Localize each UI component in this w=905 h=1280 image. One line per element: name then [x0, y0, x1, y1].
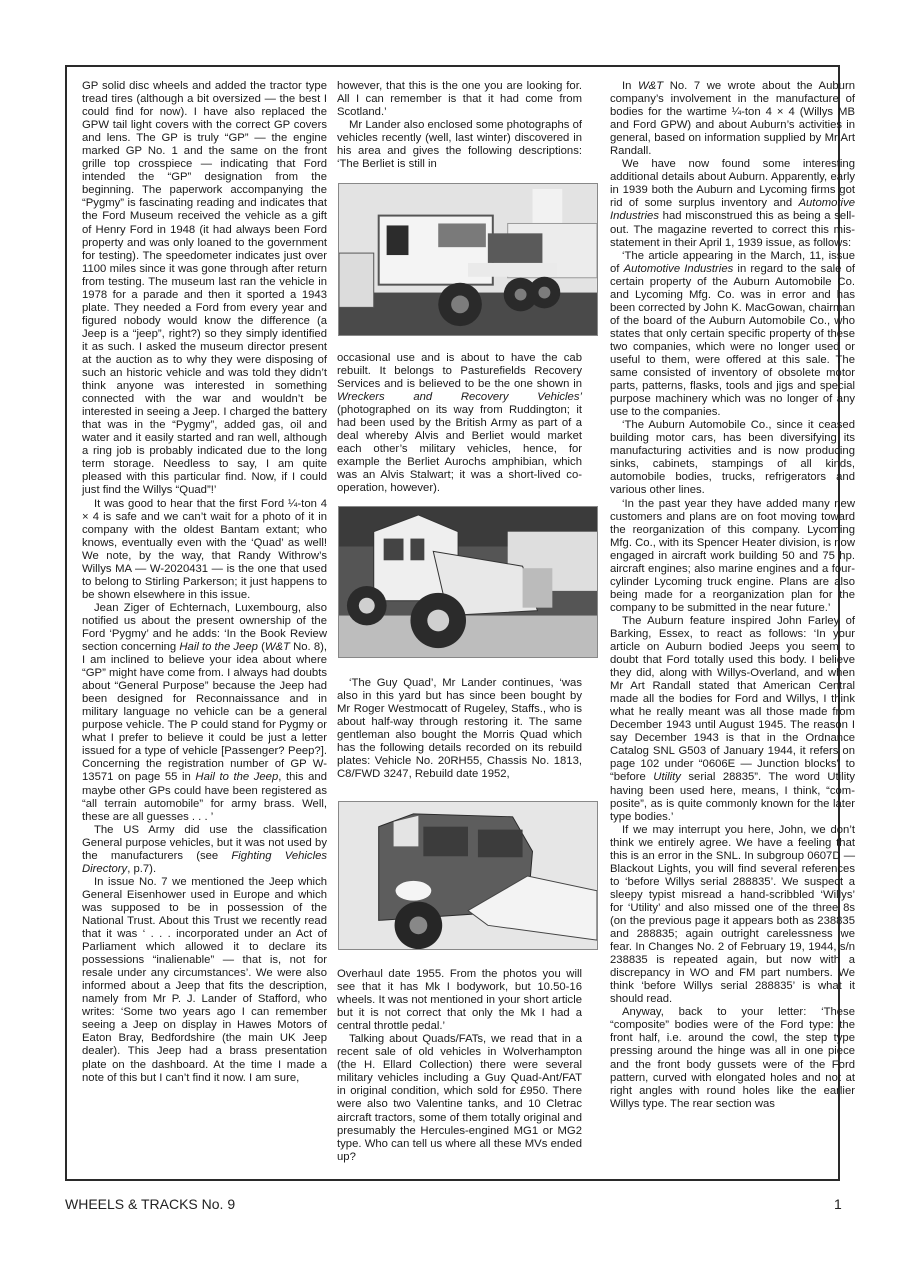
column-2-block-3: ‘The Guy Quad’, Mr Lander continues, ‘wa…	[337, 677, 582, 781]
column-2-block-2: occasional use and is about to have the …	[337, 352, 582, 496]
paragraph: ‘The Auburn Automobile Co., since it cea…	[610, 419, 855, 497]
paragraph: In issue No. 7 we mentioned the Jeep whi…	[82, 876, 327, 1085]
photo-berliet-truck	[338, 183, 598, 336]
paragraph: occasional use and is about to have the …	[337, 352, 582, 496]
photo-morris-quad	[338, 801, 598, 950]
paragraph: ‘The Guy Quad’, Mr Lander continues, ‘wa…	[337, 677, 582, 781]
paragraph: Talking about Quads/FATs, we read that i…	[337, 1033, 582, 1163]
paragraph: however, that this is the one you are lo…	[337, 80, 582, 119]
paragraph: Overhaul date 1955. From the photos you …	[337, 968, 582, 1033]
paragraph: If we may interrupt you here, John, we d…	[610, 824, 855, 1007]
truck-image-icon	[339, 184, 597, 335]
paragraph: The US Army did use the classification G…	[82, 824, 327, 876]
paragraph: GP solid disc wheels and added the tract…	[82, 80, 327, 498]
column-1: GP solid disc wheels and added the tract…	[82, 80, 327, 1085]
column-2: however, that this is the one you are lo…	[337, 80, 582, 171]
paragraph: Mr Lander also enclosed some photographs…	[337, 119, 582, 171]
paragraph: Anyway, back to your letter: ‘These “com…	[610, 1006, 855, 1110]
page-number: 1	[834, 1196, 842, 1212]
paragraph: We have now found some interesting addit…	[610, 158, 855, 249]
column-2-block-4: Overhaul date 1955. From the photos you …	[337, 968, 582, 1164]
paragraph: The Auburn feature inspired John Farley …	[610, 615, 855, 824]
photo-guy-quad	[338, 506, 598, 658]
paragraph: It was good to hear that the first Ford …	[82, 498, 327, 602]
tractor-image-icon	[339, 802, 597, 949]
paragraph: In W&T No. 7 we wrote about the Auburn c…	[610, 80, 855, 158]
column-3: In W&T No. 7 we wrote about the Auburn c…	[610, 80, 855, 1111]
paragraph: ‘The article appearing in the March, 11,…	[610, 250, 855, 420]
publication-footer: WHEELS & TRACKS No. 9	[65, 1196, 235, 1212]
paragraph: ‘In the past year they have added many n…	[610, 498, 855, 615]
tractor-image-icon	[339, 507, 597, 657]
paragraph: Jean Ziger of Echternach, Luxembourg, al…	[82, 602, 327, 824]
